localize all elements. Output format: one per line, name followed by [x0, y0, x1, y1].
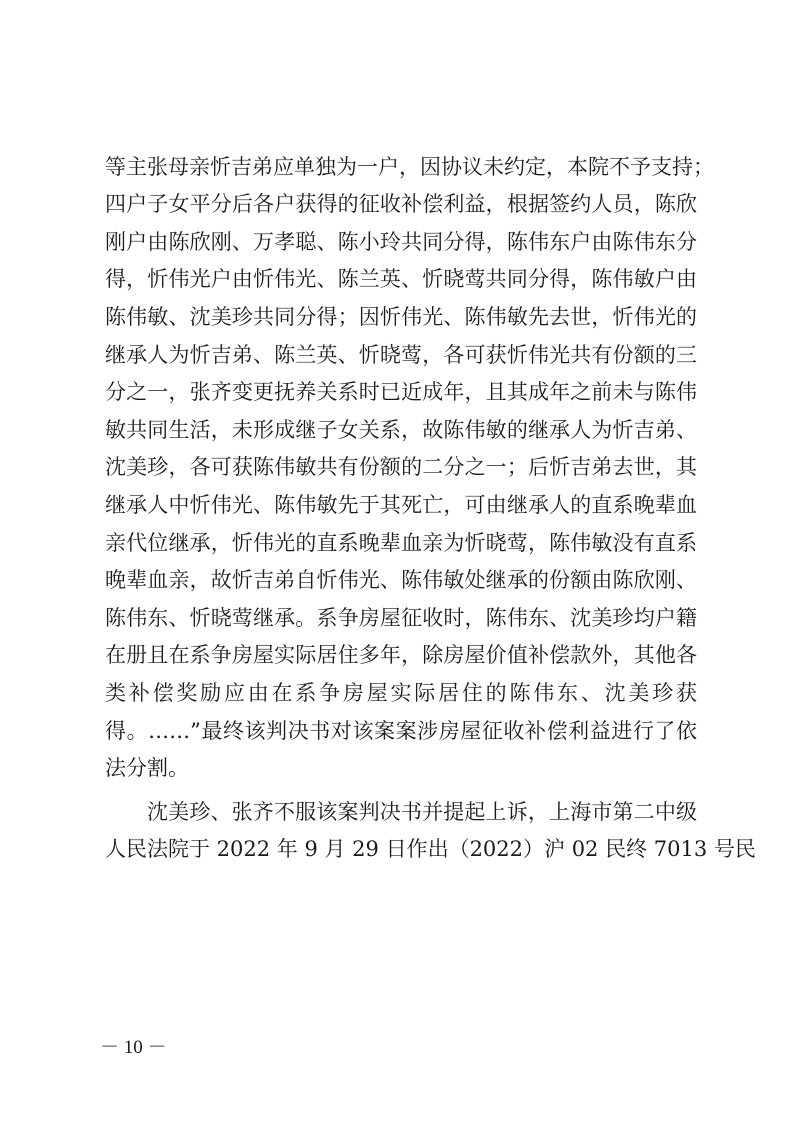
paragraph-1-line-17: 法分割。	[105, 753, 697, 783]
paragraph-1-line-13: 陈伟东、忻晓莺继承。系争房屋征收时，陈伟东、沈美珍均户籍	[105, 603, 697, 633]
paragraph-1-line-10: 继承人中忻伟光、陈伟敏先于其死亡，可由继承人的直系晚辈血	[105, 490, 697, 520]
paragraph-1-line-4: 得，忻伟光户由忻伟光、陈兰英、忻晓莺共同分得，陈伟敏户由	[105, 264, 697, 294]
paragraph-1-line-5: 陈伟敏、沈美珍共同分得；因忻伟光、陈伟敏先去世，忻伟光的	[105, 302, 697, 332]
paragraph-1-line-8: 敏共同生活，未形成继子女关系，故陈伟敏的继承人为忻吉弟、	[105, 415, 697, 445]
paragraph-1-line-15: 类补偿奖励应由在系争房屋实际居住的陈伟东、沈美珍获	[105, 678, 697, 708]
paragraph-1-line-7: 分之一，张齐变更抚养关系时已近成年，且其成年之前未与陈伟	[105, 377, 697, 407]
paragraph-1-line-16: 得。……”最终该判决书对该案案涉房屋征收补偿利益进行了依	[105, 716, 697, 746]
paragraph-2-line-2: 人民法院于 2022 年 9 月 29 日作出（2022）沪 02 民终 701…	[105, 834, 697, 864]
paragraph-1-line-3: 刚户由陈欣刚、万孝聪、陈小玲共同分得，陈伟东户由陈伟东分	[105, 227, 697, 257]
paragraph-1-line-14: 在册且在系争房屋实际居住多年，除房屋价值补偿款外，其他各	[105, 640, 697, 670]
paragraph-2-line-1: 沈美珍、张齐不服该案判决书并提起上诉，上海市第二中级	[105, 797, 697, 827]
paragraph-1-line-1: 等主张母亲忻吉弟应单独为一户，因协议未约定，本院不予支持；	[105, 152, 697, 182]
paragraph-1-line-9: 沈美珍，各可获陈伟敏共有份额的二分之一；后忻吉弟去世，其	[105, 452, 697, 482]
paragraph-1-line-2: 四户子女平分后各户获得的征收补偿利益，根据签约人员，陈欣	[105, 189, 697, 219]
paragraph-1-line-11: 亲代位继承，忻伟光的直系晚辈血亲为忻晓莺，陈伟敏没有直系	[105, 528, 697, 558]
paragraph-1-line-6: 继承人为忻吉弟、陈兰英、忻晓莺，各可获忻伟光共有份额的三	[105, 340, 697, 370]
page-number: － 10 －	[100, 1036, 167, 1060]
document-page: 等主张母亲忻吉弟应单独为一户，因协议未约定，本院不予支持； 四户子女平分后各户获…	[0, 0, 800, 1131]
paragraph-1-line-12: 晚辈血亲，故忻吉弟自忻伟光、陈伟敏处继承的份额由陈欣刚、	[105, 565, 697, 595]
